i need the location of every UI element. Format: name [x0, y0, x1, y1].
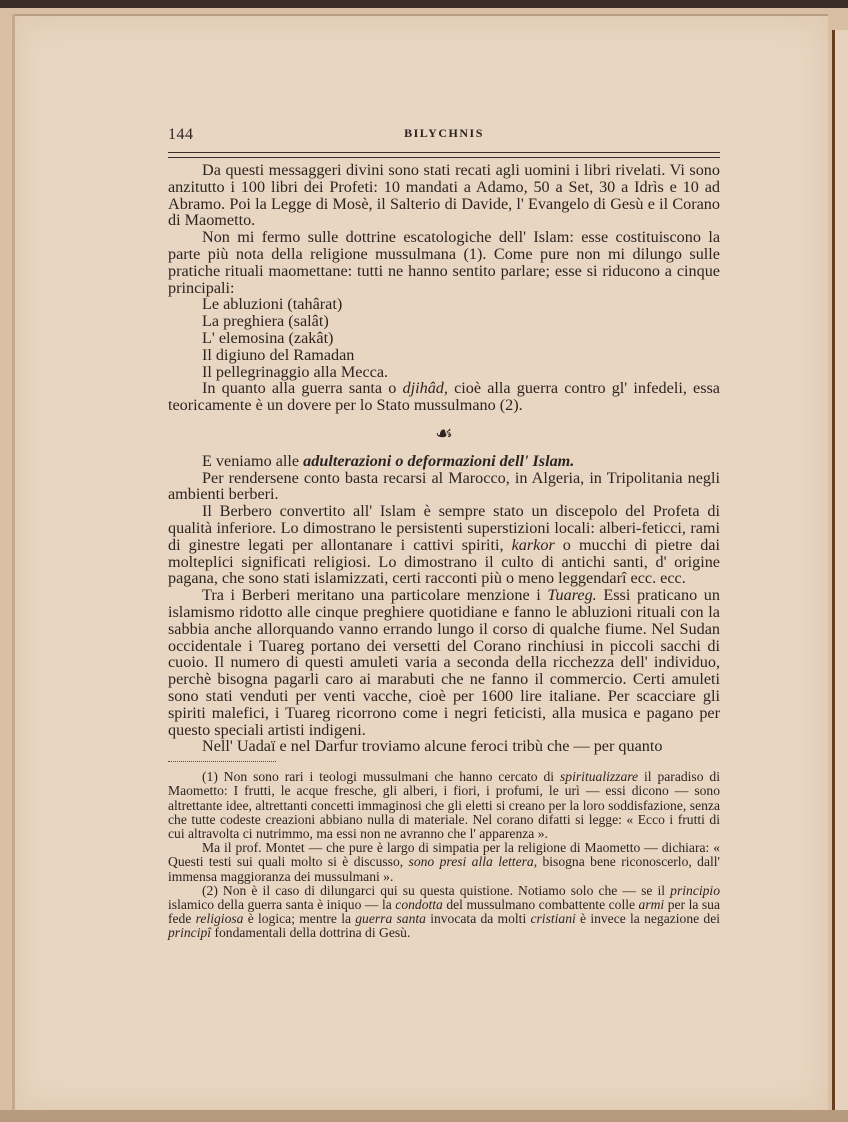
footnote-separator [168, 761, 276, 762]
italic-term: armi [639, 897, 665, 912]
italic-term: principî [168, 925, 211, 940]
text-run: invocata da molti [426, 911, 531, 926]
italic-term: cristiani [530, 911, 575, 926]
italic-term: condotta [395, 897, 443, 912]
footnote-1-continued: Ma il prof. Montet — che pure è largo di… [168, 841, 720, 884]
page-bottom-edge [0, 1110, 848, 1122]
paragraph: Il Berbero convertito all' Islam è sempr… [168, 503, 720, 587]
paragraph: In quanto alla guerra santa o djihâd, ci… [168, 380, 720, 414]
list-item: La preghiera (salât) [168, 313, 720, 330]
footnote-2: (2) Non è il caso di dilungarci qui su q… [168, 884, 720, 941]
text-run: In quanto alla guerra santa o [202, 379, 403, 397]
page-header: 144 BILYCHNIS [168, 126, 720, 148]
paragraph: Nell' Uadaï e nel Darfur troviamo alcune… [168, 738, 720, 755]
paragraph: Non mi fermo sulle dottrine escatologich… [168, 229, 720, 296]
italic-term: guerra santa [355, 911, 426, 926]
footnote-1: (1) Non sono rari i teologi mussulmani c… [168, 770, 720, 841]
text-run: (2) Non è il caso di dilungarci qui su q… [202, 883, 670, 898]
page-left-edge [12, 14, 15, 1110]
main-text: Da questi messaggeri divini sono stati r… [168, 162, 720, 755]
paragraph: E veniamo alle adulterazioni o deformazi… [168, 453, 720, 470]
fleuron-ornament-icon: ☙ [168, 426, 720, 443]
paragraph: Da questi messaggeri divini sono stati r… [168, 162, 720, 229]
italic-term: sono presi alla lettera, [409, 854, 538, 869]
text-run: è logica; mentre la [243, 911, 355, 926]
text-run: è invece la negazione dei [576, 911, 720, 926]
list-item: Le abluzioni (tahârat) [168, 296, 720, 313]
section-heading-inline: adulterazioni o deformazioni dell' Islam… [303, 452, 574, 470]
paragraph: Tra i Berberi meritano una particolare m… [168, 587, 720, 738]
list-item: L' elemosina (zakât) [168, 330, 720, 347]
running-head: BILYCHNIS [168, 126, 720, 141]
adjacent-page-edge [832, 30, 848, 1110]
text-run: (1) Non sono rari i teologi mussulmani c… [202, 769, 560, 784]
text-run: E veniamo alle [202, 452, 303, 470]
list-item: Il digiuno del Ramadan [168, 347, 720, 364]
italic-term: principio [670, 883, 720, 898]
text-run: del mussulmano combattente colle [443, 897, 639, 912]
header-double-rule [168, 152, 720, 158]
list-item: Il pellegrinaggio alla Mecca. [168, 364, 720, 381]
text-run: Essi praticano un islamismo ridotto alle… [168, 586, 720, 738]
footnotes: (1) Non sono rari i teologi mussulmani c… [168, 770, 720, 940]
text-run: islamico della guerra santa è iniquo — l… [168, 897, 395, 912]
italic-term: djihâd, [403, 379, 448, 397]
paragraph: Per rendersene conto basta recarsi al Ma… [168, 470, 720, 504]
text-run: Tra i Berberi meritano una particolare m… [202, 586, 547, 604]
page-content: 144 BILYCHNIS Da questi messaggeri divin… [168, 126, 720, 941]
text-run: fondamentali della dottrina di Gesù. [211, 925, 410, 940]
italic-term: karkor [512, 536, 555, 554]
italic-term: spiritualizzare [560, 769, 638, 784]
italic-term: religiosa [196, 911, 244, 926]
italic-term: Tuareg. [547, 586, 596, 604]
